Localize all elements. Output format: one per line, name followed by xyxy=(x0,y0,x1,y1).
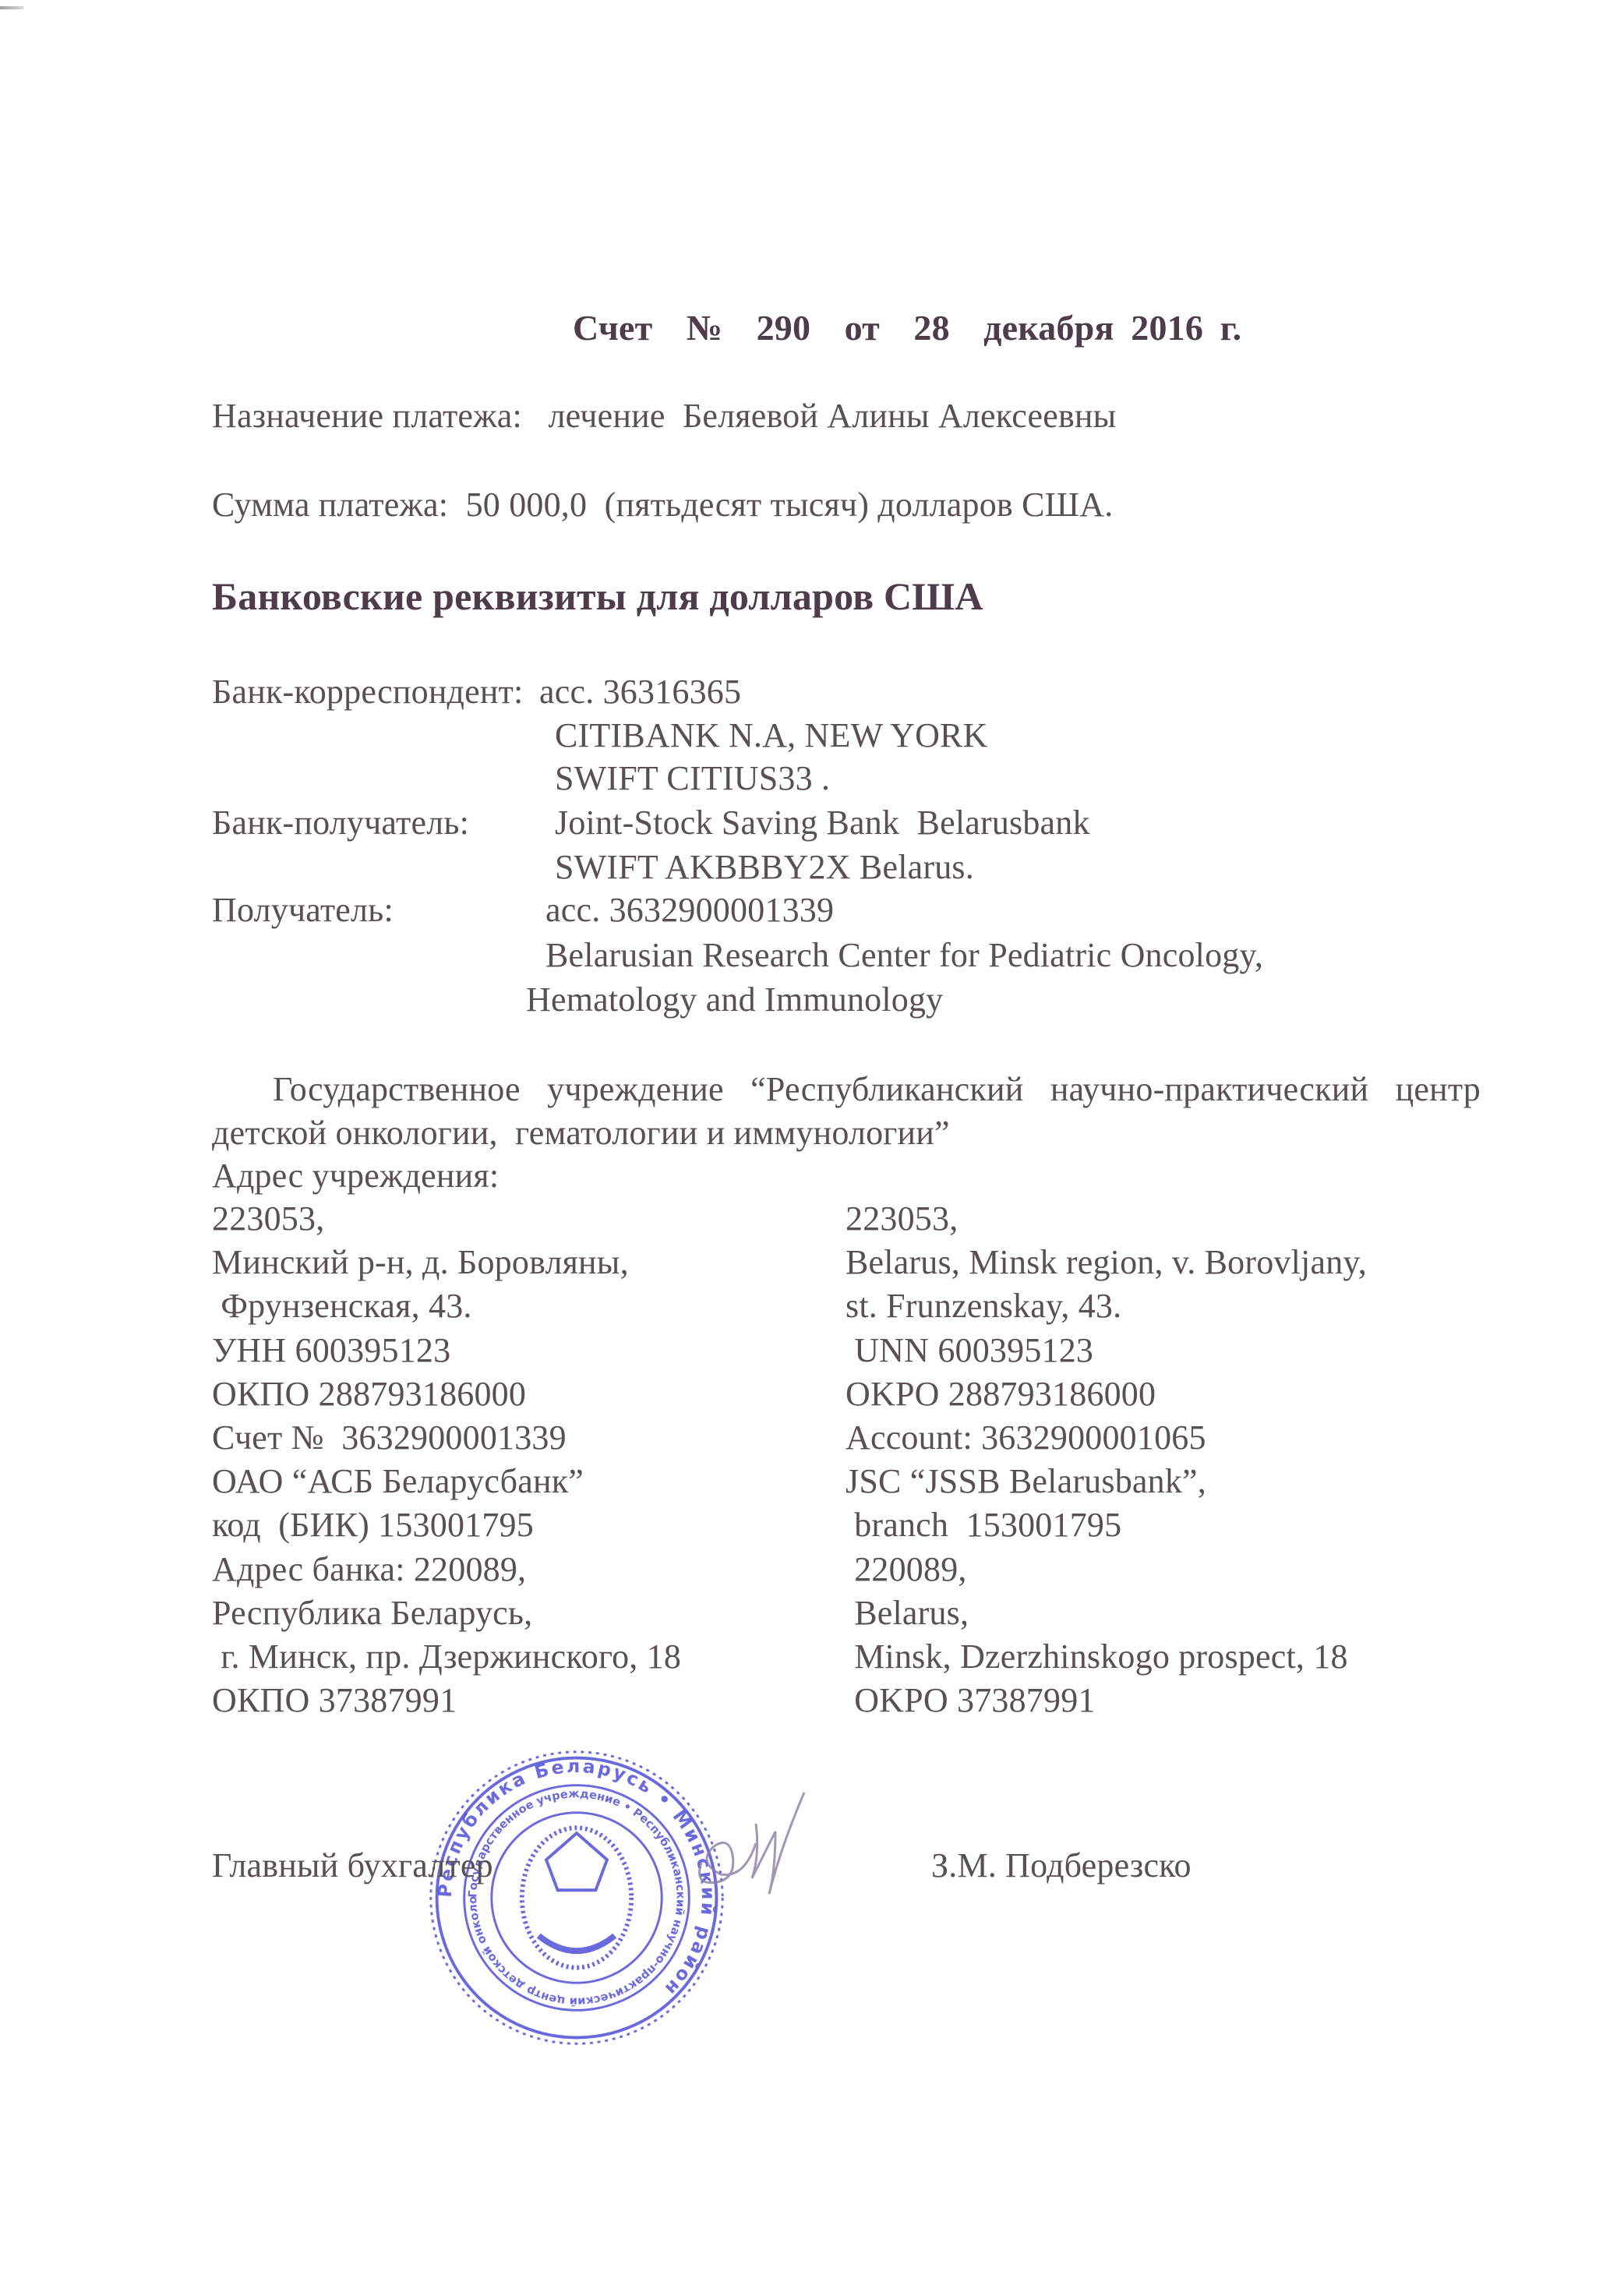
address-line-en: Account: 3632900001065 xyxy=(846,1421,1206,1455)
correspondent-swift: SWIFT CITIUS33 . xyxy=(555,761,830,796)
address-line-en: st. Frunzenskay, 43. xyxy=(846,1289,1121,1323)
address-line-en: Minsk, Dzerzhinskogo prospect, 18 xyxy=(846,1640,1348,1674)
address-line-en: Belarus, xyxy=(846,1596,969,1630)
beneficiary-bank-name: Joint-Stock Saving Bank Belarusbank xyxy=(555,806,1090,840)
address-line-ru: ОКПО 37387991 xyxy=(212,1683,457,1718)
beneficiary-bank-label: Банк-получатель: xyxy=(212,806,469,840)
address-line-ru: 223053, xyxy=(212,1202,324,1236)
signatory-name: З.М. Подберезско xyxy=(931,1849,1192,1883)
institution-name-line2: детской онкологии, гематологии и иммунол… xyxy=(212,1116,950,1150)
institution-address-label: Адрес учреждения: xyxy=(212,1159,499,1193)
payment-purpose: Назначение платежа: лечение Беляевой Али… xyxy=(212,399,1116,433)
correspondent-account: acc. 36316365 xyxy=(539,675,741,709)
address-line-en: 220089, xyxy=(846,1552,967,1587)
address-line-ru: г. Минск, пр. Дзержинского, 18 xyxy=(212,1640,681,1674)
correspondent-label: Банк-корреспондент: xyxy=(212,675,523,709)
address-line-ru: Адрес банка: 220089, xyxy=(212,1552,526,1587)
official-stamp-icon: Республика Беларусь • Минский район Госу… xyxy=(425,1746,729,2050)
recipient-account: acc. 3632900001339 xyxy=(545,893,834,927)
address-line-ru: ОКПО 288793186000 xyxy=(212,1377,526,1411)
handwritten-signature-icon xyxy=(686,1777,842,1933)
address-line-en: UNN 600395123 xyxy=(846,1333,1093,1368)
invoice-title: Счет № 290 от 28 декабря 2016 г. xyxy=(573,310,1241,346)
address-line-ru: ОАО “АСБ Беларусбанк” xyxy=(212,1464,584,1499)
address-line-en: branch 153001795 xyxy=(846,1508,1121,1542)
address-line-ru: Минский р-н, д. Боровляны, xyxy=(212,1245,629,1280)
institution-name-line1: Государственное учреждение “Республиканс… xyxy=(273,1072,1481,1107)
address-line-en: OKPO 37387991 xyxy=(846,1683,1096,1718)
signature-role: Главный бухгалтер xyxy=(212,1849,493,1883)
recipient-name-line2: Hematology and Immunology xyxy=(526,983,943,1017)
bank-details-heading: Банковские реквизиты для долларов США xyxy=(212,577,983,616)
payment-amount: Сумма платежа: 50 000,0 (пятьдесят тысяч… xyxy=(212,488,1113,522)
address-line-ru: Республика Беларусь, xyxy=(212,1596,532,1630)
recipient-name-line1: Belarusian Research Center for Pediatric… xyxy=(545,938,1263,973)
address-line-ru: код (БИК) 153001795 xyxy=(212,1508,534,1542)
address-line-ru: Фрунзенская, 43. xyxy=(212,1289,472,1323)
recipient-label: Получатель: xyxy=(212,893,394,927)
address-line-en: 223053, xyxy=(846,1202,958,1236)
scan-edge-mark xyxy=(0,6,23,9)
address-line-en: Belarus, Minsk region, v. Borovljany, xyxy=(846,1245,1367,1280)
address-line-ru: Счет № 3632900001339 xyxy=(212,1421,567,1455)
beneficiary-bank-swift: SWIFT AKBBBY2X Belarus. xyxy=(555,850,974,885)
address-line-en: OKPO 288793186000 xyxy=(846,1377,1156,1411)
correspondent-name: CITIBANK N.A, NEW YORK xyxy=(555,719,988,753)
address-line-ru: УНН 600395123 xyxy=(212,1333,450,1368)
address-line-en: JSC “JSSB Belarusbank”, xyxy=(846,1464,1206,1499)
